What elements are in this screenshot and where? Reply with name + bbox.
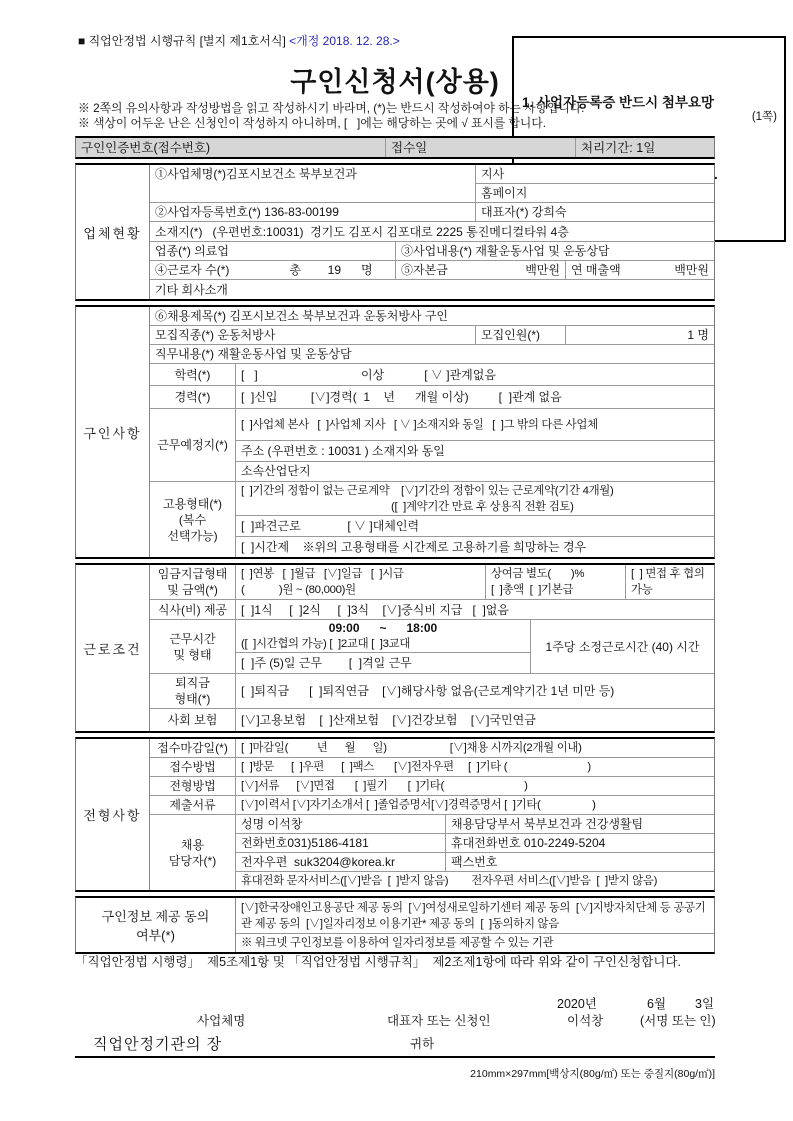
ceo-cell: 대표자(*) 강희숙 xyxy=(476,203,714,221)
employment-office-label: 직업안정기관의 장 xyxy=(93,1033,222,1054)
contact-name-cell: 성명 이석창 xyxy=(236,815,446,833)
employment-type-contract-cell: [ ]기간의 정함이 없는 근로계약 [∨]기간의 정함이 있는 근로계약(기간… xyxy=(236,482,714,515)
homepage-cell: 홈페이지 xyxy=(476,184,714,202)
work-hours-options: ([ ]시간협의 가능) [ ]2교대 [ ]3교대 xyxy=(241,636,525,652)
bottom-rule xyxy=(75,1056,715,1058)
revenue-unit: 백만원 xyxy=(674,262,709,278)
date-day: 3일 xyxy=(695,994,714,1012)
wage-label-cell: 임금지급형태 및 금액(*) xyxy=(150,565,236,599)
contact-fax-cell: 팩스번호 xyxy=(446,853,714,871)
cert-number-cell: 구인인증번호(접수번호) xyxy=(76,138,386,157)
form-reference-text: ■ 직업안정법 시행규칙 [별지 제1호서식] xyxy=(78,34,289,48)
form-table: 구인인증번호(접수번호) 접수일 처리기간: 1일 업체현황 ①사업체명(*)김… xyxy=(75,136,715,958)
business-reg-no-cell: ②사업자등록번호(*) 136-83-00199 xyxy=(150,203,476,221)
workplace-label-cell: 근무예정지(*) xyxy=(150,409,236,481)
contact-dept-cell: 채용담당부서 북부보건과 건강생활팀 xyxy=(446,815,714,833)
career-label-cell: 경력(*) xyxy=(150,386,236,408)
education-value-cell: [ ] 이상 [ ∨ ]관계없음 xyxy=(236,364,714,385)
business-content-cell: ③사업내용(*) 재활운동사업 및 운동상담 xyxy=(396,242,714,260)
meal-value-cell: [ ]1식 [ ]2식 [ ]3식 [∨]중식비 지급 [ ]없음 xyxy=(236,600,714,619)
form-reference-line: ■ 직업안정법 시행규칙 [별지 제1호서식] <개정 2018. 12. 28… xyxy=(78,32,400,49)
employment-contract-line2: ([ ]계약기간 만료 후 상용직 전환 검토) xyxy=(241,499,574,515)
work-conditions-section: 근로조건 임금지급형태 및 금액(*) [ ]연봉 [ ]월급 [∨]일급 [ … xyxy=(75,563,715,733)
job-section: 구인사항 ⑥채용제목(*) 김포시보건소 북부보건과 운동처방사 구인 모집직종… xyxy=(75,305,715,559)
workplace-options-cell: [ ]사업체 본사 [ ]사업체 지사 [ ∨ ]소재지와 동일 [ ]그 밖의… xyxy=(236,409,714,440)
contact-sms-email-consent-cell: 휴대전화 문자서비스([∨]받음 [ ]받지 않음) 전자우편 서비스([∨]받… xyxy=(236,872,714,890)
negotiable-cell: [ ] 면접 후 협의 가능 xyxy=(626,565,714,599)
address-cell: 소재지(*) (우편번호:10031) 경기도 김포시 김포대로 2225 통진… xyxy=(150,222,714,241)
to-label: 귀하 xyxy=(410,1034,434,1052)
consent-section: 구인정보 제공 동의 여부(*) [∨]한국장애인고용공단 제공 동의 [∨]여… xyxy=(75,896,715,954)
hours-label-cell: 근무시간 및 형태 xyxy=(150,620,236,673)
screening-label-cell: 전형방법 xyxy=(150,777,236,795)
meal-label-cell: 식사(비) 제공 xyxy=(150,600,236,619)
headcount-label-cell: 모집인원(*) xyxy=(476,326,566,344)
insurance-label-cell: 사회 보험 xyxy=(150,709,236,731)
job-section-label: 구인사항 xyxy=(76,307,150,557)
company-name-signature-label: 사업체명 xyxy=(197,1011,245,1029)
processing-period-cell: 처리기간: 1일 xyxy=(576,138,714,157)
contact-mobile-cell: 휴대전화번호 010-2249-5204 xyxy=(446,834,714,852)
consent-label-cell: 구인정보 제공 동의 여부(*) xyxy=(76,898,236,952)
company-etc-cell: 기타 회사소개 xyxy=(150,280,714,299)
education-label-cell: 학력(*) xyxy=(150,364,236,385)
paper-spec-note: 210mm×297mm[백상지(80g/㎡) 또는 중질지(80g/㎡)] xyxy=(75,1066,715,1081)
receipt-header-row: 구인인증번호(접수번호) 접수일 처리기간: 1일 xyxy=(75,136,715,159)
capital-cell: ⑤자본금백만원 xyxy=(396,261,566,279)
applicant-name: 이석창 xyxy=(567,1011,603,1029)
declaration-text: 「직업안정법 시행령」 제5조제1항 및 「직업안정법 시행규칙」 제2조제1항… xyxy=(75,948,715,971)
wage-amount-line: ( )원 ~ (80,000)원 xyxy=(241,582,356,598)
duty-cell: 직무내용(*) 재활운동사업 및 운동상담 xyxy=(150,345,714,363)
industry-cell: 업종(*) 의료업 xyxy=(150,242,396,260)
date-year: 2020년 xyxy=(557,994,597,1012)
consent-value-cell: [∨]한국장애인고용공단 제공 동의 [∨]여성새로일하기센터 제공 동의 [∨… xyxy=(236,898,714,933)
deadline-value-cell: [ ]마감일( 년 월 일) [∨]채용 시까지(2개월 이내) xyxy=(236,739,714,757)
receipt-date-cell: 접수일 xyxy=(386,138,576,157)
selection-section: 전형사항 접수마감일(*) [ ]마감일( 년 월 일) [∨]채용 시까지(2… xyxy=(75,737,715,892)
career-value-cell: [ ]신입 [∨]경력( 1 년 개월 이상) [ ]관계 없음 xyxy=(236,386,714,408)
signature-block: 「직업안정법 시행령」 제5조제1항 및 「직업안정법 시행규칙」 제2조제1항… xyxy=(75,948,715,1108)
company-name-cell: ①사업체명(*)김포시보건소 북부보건과 xyxy=(150,165,476,202)
severance-value-cell: [ ]퇴직금 [ ]퇴직연금 [∨]해당사항 없음(근로계약기간 1년 미만 등… xyxy=(236,674,714,708)
applicant-label: 대표자 또는 신청인 xyxy=(387,1011,491,1029)
headcount-value-cell: 1 명 xyxy=(566,326,714,344)
recruit-title-cell: ⑥채용제목(*) 김포시보건소 북부보건과 운동처방사 구인 xyxy=(150,307,714,325)
industrial-complex-cell: 소속산업단지 xyxy=(236,462,714,482)
revenue-cell: 연 매출액백만원 xyxy=(566,261,714,279)
instruction-notes: ※ 2쪽의 유의사항과 작성방법을 읽고 작성하시기 바라며, (*)는 반드시… xyxy=(78,101,698,131)
work-days-cell: [ ]주 (5)일 근무 [ ]격일 근무 xyxy=(236,653,530,673)
employment-contract-line1: [ ]기간의 정함이 없는 근로계약 [∨]기간의 정함이 있는 근로계약(기간… xyxy=(241,483,614,499)
work-hours-cell: 09:00 ~ 18:00 ([ ]시간협의 가능) [ ]2교대 [ ]3교대 xyxy=(236,620,530,652)
part-time-cell: [ ]시간제 ※위의 고용형태를 시간제로 고용하기를 희망하는 경우 xyxy=(236,537,714,557)
job-offer-application-form: ■ 직업안정법 시행규칙 [별지 제1호서식] <개정 2018. 12. 28… xyxy=(0,0,793,1121)
workers-count-cell: ④근로자 수(*) 총 19 명 xyxy=(150,261,396,279)
revenue-label: 연 매출액 xyxy=(571,262,621,278)
wage-type-line: [ ]연봉 [ ]월급 [∨]일급 [ ]시급 xyxy=(241,566,404,582)
wage-type-cell: [ ]연봉 [ ]월급 [∨]일급 [ ]시급 ( )원 ~ (80,000)원 xyxy=(236,565,486,599)
contact-phone-cell: 전화번호031)5186-4181 xyxy=(236,834,446,852)
company-section-label: 업체현황 xyxy=(76,165,150,299)
apply-method-label-cell: 접수방법 xyxy=(150,758,236,776)
company-section: 업체현황 ①사업체명(*)김포시보건소 북부보건과 지사 홈페이지 ②사업자등록… xyxy=(75,163,715,301)
seal-label: (서명 또는 인) xyxy=(640,1011,716,1029)
capital-label: ⑤자본금 xyxy=(401,262,448,278)
documents-label-cell: 제출서류 xyxy=(150,796,236,814)
bonus-line1: 상여금 별도( )% xyxy=(491,566,584,582)
insurance-value-cell: [∨]고용보험 [ ]산재보험 [∨]건강보험 [∨]국민연금 xyxy=(236,709,714,731)
date-month: 6월 xyxy=(647,994,666,1012)
contact-label-cell: 채용 담당자(*) xyxy=(150,815,236,890)
branch-cell: 지사 xyxy=(476,165,714,183)
workplace-address-cell: 주소 (우편번호 : 10031 ) 소재지와 동일 xyxy=(236,441,714,461)
bonus-cell: 상여금 별도( )% [ ]총액 [ ]기본급 xyxy=(486,565,626,599)
weekly-hours-cell: 1주당 소정근로시간 (40) 시간 xyxy=(531,620,714,673)
occupation-cell: 모집직종(*) 운동처방사 xyxy=(150,326,476,344)
contact-email-cell: 전자우편 suk3204@korea.kr xyxy=(236,853,446,871)
apply-method-value-cell: [ ]방문 [ ]우편 [ ]팩스 [∨]전자우편 [ ]기타 ( ) xyxy=(236,758,714,776)
work-conditions-section-label: 근로조건 xyxy=(76,565,150,731)
selection-section-label: 전형사항 xyxy=(76,739,150,890)
revision-date-text: <개정 2018. 12. 28.> xyxy=(289,34,400,48)
page-title: 구인신청서(상용) xyxy=(75,60,715,99)
bonus-line2: [ ]총액 [ ]기본급 xyxy=(491,582,573,598)
documents-value-cell: [∨]이력서 [∨]자기소개서 [ ]졸업증명서[∨]경력증명서 [ ]기타( … xyxy=(236,796,714,814)
employment-type-label-cell: 고용형태(*) (복수 선택가능) xyxy=(150,482,236,557)
page-number: (1쪽) xyxy=(752,108,777,124)
capital-unit: 백만원 xyxy=(525,262,560,278)
deadline-label-cell: 접수마감일(*) xyxy=(150,739,236,757)
dispatch-substitute-cell: [ ]파견근로 [ ∨ ]대체인력 xyxy=(236,516,714,536)
work-hours-time: 09:00 ~ 18:00 xyxy=(241,620,525,636)
screening-value-cell: [∨]서류 [∨]면접 [ ]필기 [ ]기타( ) xyxy=(236,777,714,795)
severance-label-cell: 퇴직금 형태(*) xyxy=(150,674,236,708)
